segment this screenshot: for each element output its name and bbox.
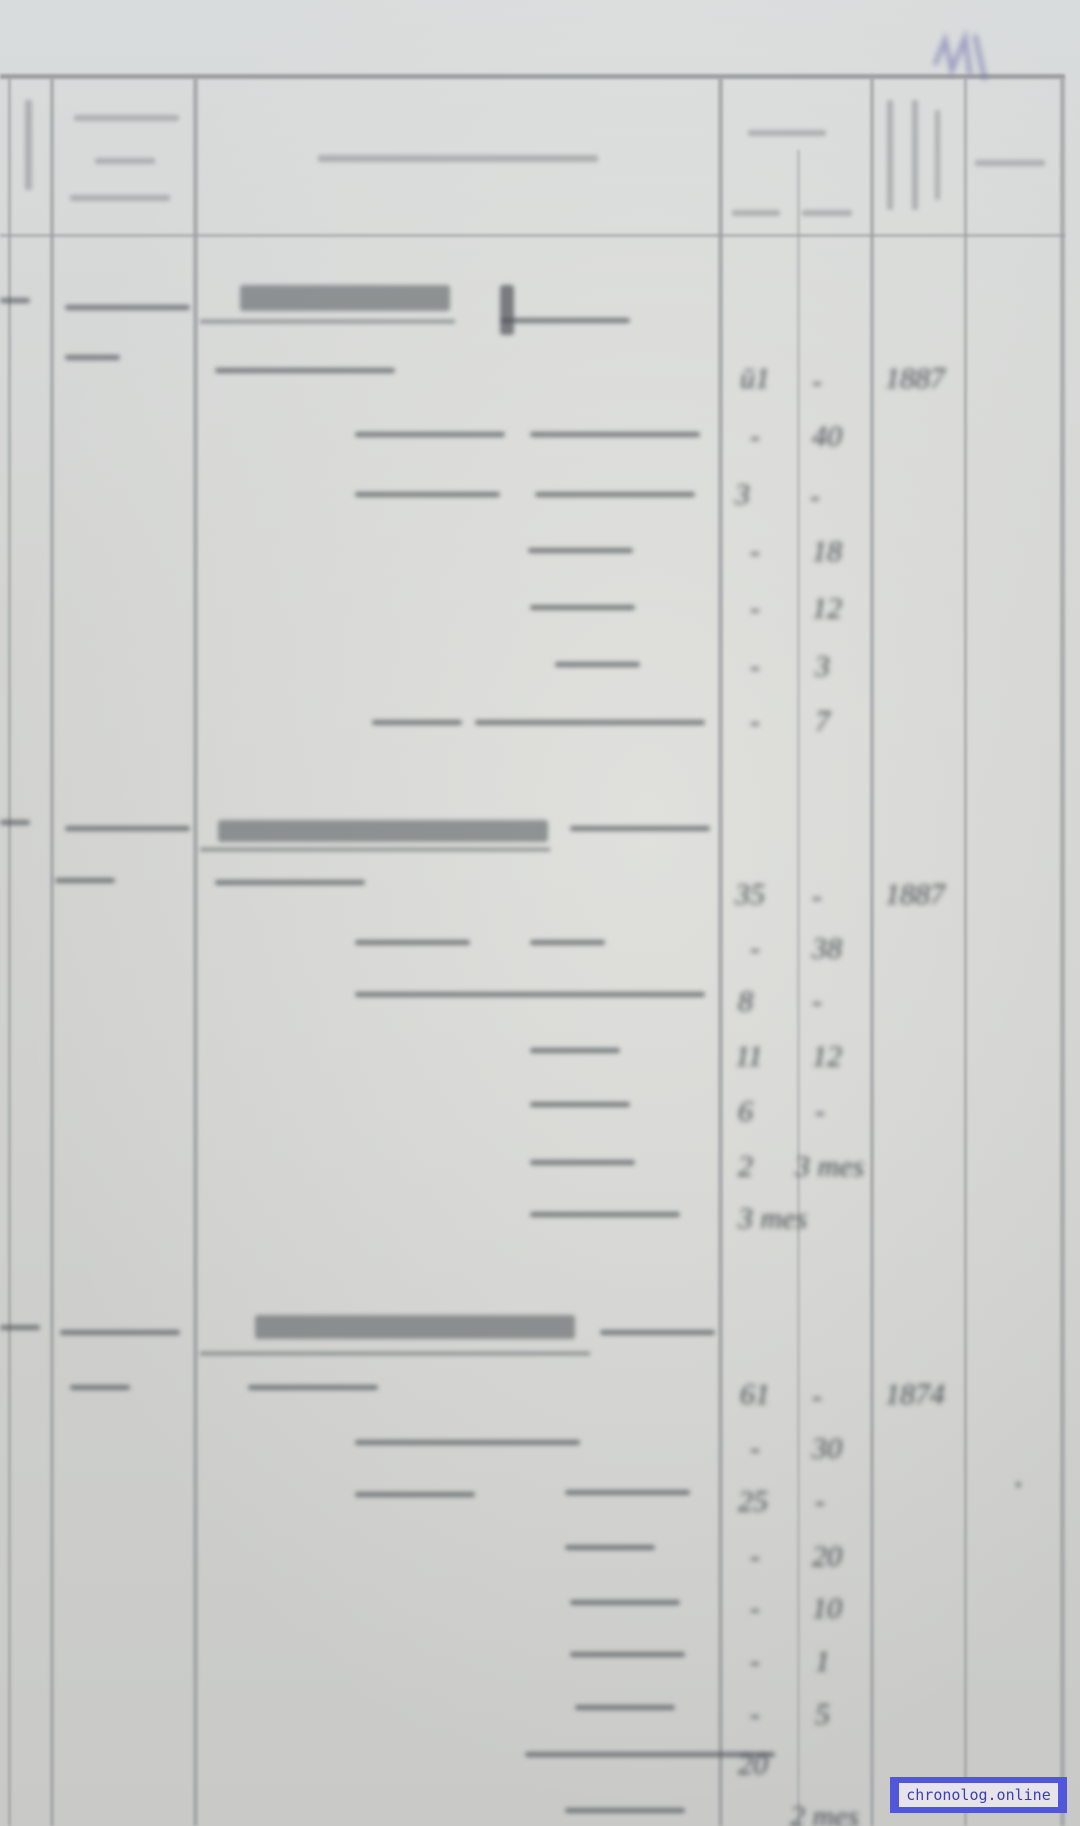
entry-handwriting (0, 0, 1080, 1826)
entry-value: 2 mes (790, 1800, 859, 1826)
entry-value: 25 (738, 1485, 768, 1519)
entry-value: • (1015, 1475, 1021, 1496)
watermark-badge: chronolog.online (890, 1777, 1067, 1813)
entry-value: - (750, 1540, 760, 1574)
entry-value: - (750, 1432, 760, 1466)
entry-value: 20 (738, 1748, 768, 1782)
entry-value: 1 (815, 1645, 830, 1679)
entry-value: 30 (812, 1432, 842, 1466)
entry-value: - (812, 1380, 822, 1414)
entry-value: - (750, 1592, 760, 1626)
watermark-text: chronolog.online (899, 1783, 1058, 1807)
entry-value: 5 (815, 1698, 830, 1732)
ledger-page: [illegible printed header] [illegible pr… (0, 0, 1080, 1826)
entry-value: 20 (812, 1540, 842, 1574)
entry-value: 1874 (885, 1378, 945, 1412)
entry-value: - (750, 1698, 760, 1732)
entry-value: 61 (740, 1378, 770, 1412)
entry-value: - (815, 1485, 825, 1519)
entry-value: - (750, 1645, 760, 1679)
entry-value: 10 (812, 1592, 842, 1626)
